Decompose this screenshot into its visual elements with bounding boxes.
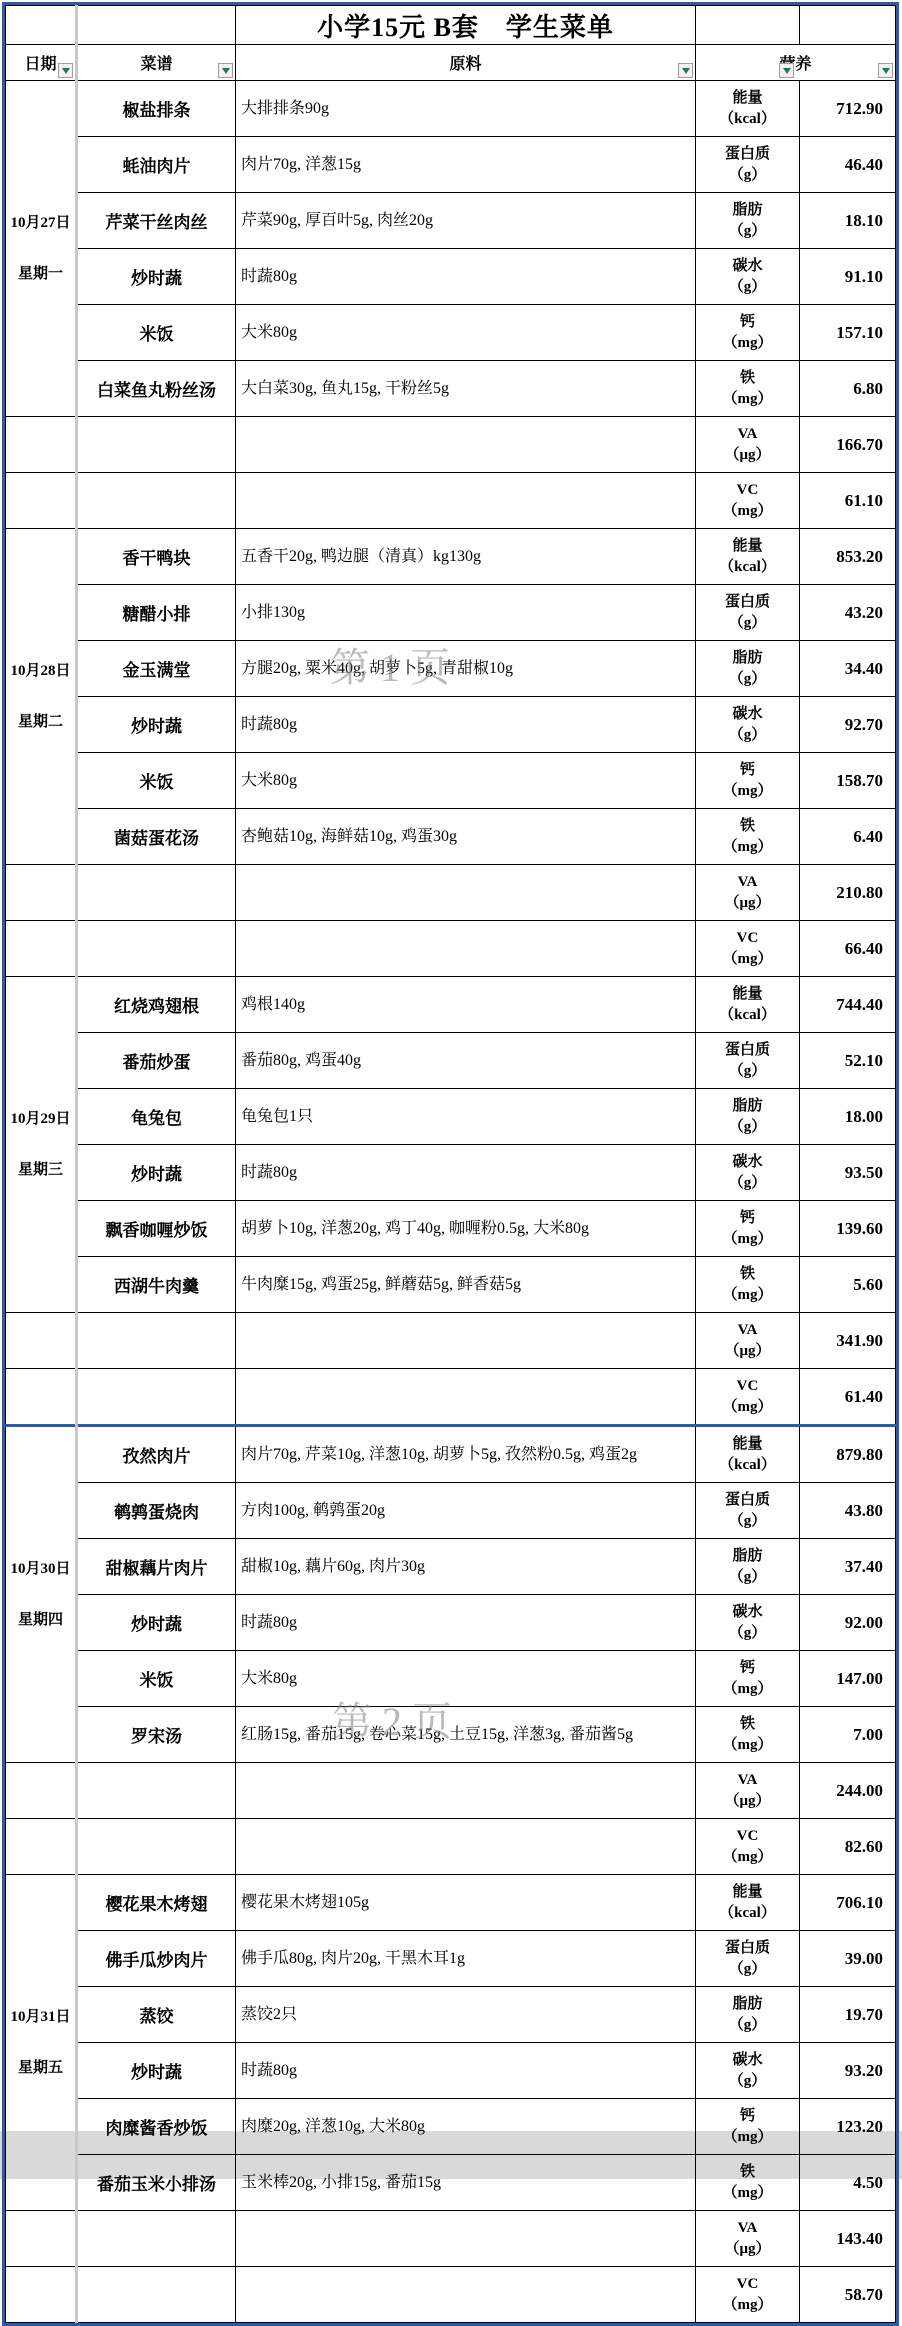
cell-nutrient-value[interactable]: 166.70 — [800, 417, 896, 473]
cell-nutrient-value[interactable]: 91.10 — [800, 249, 896, 305]
cell-nutrient-label[interactable]: 能量（kcal） — [696, 1426, 800, 1483]
cell-nutrient-label[interactable]: 能量（kcal） — [696, 81, 800, 137]
cell-menu[interactable]: 米饭 — [77, 1651, 236, 1707]
table-row: 米饭大米80g钙（mg）157.10 — [6, 305, 896, 361]
cell-nutrient-value[interactable]: 19.70 — [800, 1987, 896, 2043]
nutrient-name: 能量 — [696, 536, 799, 557]
cell-ingredients[interactable] — [236, 2267, 696, 2323]
cell-ingredients[interactable]: 杏鲍菇10g, 海鲜菇10g, 鸡蛋30g — [236, 809, 696, 865]
cell-menu[interactable]: 芹菜干丝肉丝 — [77, 193, 236, 249]
table-row: 炒时蔬时蔬80g碳水（g）93.20 — [6, 2043, 896, 2099]
nutrient-unit: （μg） — [696, 445, 799, 466]
cell-date-empty[interactable] — [6, 2211, 77, 2267]
cell-nutrient-value[interactable]: 43.80 — [800, 1483, 896, 1539]
nutrient-unit: （μg） — [696, 2239, 799, 2260]
cell-empty[interactable] — [77, 6, 236, 45]
nutrient-name: VC — [696, 928, 799, 949]
cell-nutrient-value[interactable]: 147.00 — [800, 1651, 896, 1707]
cell-menu[interactable]: 炒时蔬 — [77, 1595, 236, 1651]
cell-date[interactable]: 10月31日星期五 — [6, 1875, 77, 2211]
cell-nutrient-label[interactable]: 蛋白质（g） — [696, 1931, 800, 1987]
cell-nutrient-value[interactable]: 37.40 — [800, 1539, 896, 1595]
nutrient-unit: （g） — [696, 2071, 799, 2092]
nutrient-unit: （g） — [696, 1117, 799, 1138]
filter-arrow-icon — [682, 68, 690, 74]
nutrient-unit: （g） — [696, 1959, 799, 1980]
table-row: 米饭大米80g钙（mg）158.70 — [6, 753, 896, 809]
cell-nutrient-label[interactable]: 脂肪（g） — [696, 641, 800, 697]
nutrient-unit: （g） — [696, 1623, 799, 1644]
cell-nutrient-value[interactable]: 46.40 — [800, 137, 896, 193]
cell-ingredients[interactable] — [236, 1763, 696, 1819]
date-label: 10月27日 — [6, 198, 75, 249]
cell-date[interactable]: 10月28日星期二 — [6, 529, 77, 865]
cell-nutrient-value[interactable]: 143.40 — [800, 2211, 896, 2267]
cell-nutrient-value[interactable]: 43.20 — [800, 585, 896, 641]
table-row: VC（mg）61.40 — [6, 1369, 896, 1426]
nutrient-unit: （kcal） — [696, 109, 799, 130]
cell-nutrient-value[interactable]: 82.60 — [800, 1819, 896, 1875]
cell-empty[interactable] — [6, 6, 77, 45]
nutrient-name: 蛋白质 — [696, 1490, 799, 1511]
nutrient-unit: （g） — [696, 1173, 799, 1194]
cell-nutrient-value[interactable]: 58.70 — [800, 2267, 896, 2323]
cell-menu[interactable]: 炒时蔬 — [77, 1145, 236, 1201]
cell-nutrient-label[interactable]: 脂肪（g） — [696, 1987, 800, 2043]
cell-nutrient-value[interactable]: 61.10 — [800, 473, 896, 529]
cell-menu[interactable] — [77, 473, 236, 529]
cell-menu[interactable]: 香干鸭块 — [77, 529, 236, 585]
table-row: 白菜鱼丸粉丝汤大白菜30g, 鱼丸15g, 干粉丝5g铁（mg）6.80 — [6, 361, 896, 417]
cell-menu[interactable]: 甜椒藕片肉片 — [77, 1539, 236, 1595]
cell-menu[interactable] — [77, 2267, 236, 2323]
cell-ingredients[interactable]: 时蔬80g — [236, 249, 696, 305]
cell-menu[interactable]: 炒时蔬 — [77, 2043, 236, 2099]
cell-nutrient-value[interactable]: 123.20 — [800, 2099, 896, 2155]
nutrient-name: 蛋白质 — [696, 592, 799, 613]
cell-ingredients[interactable]: 芹菜90g, 厚百叶5g, 肉丝20g — [236, 193, 696, 249]
cell-nutrient-label[interactable]: 钙（mg） — [696, 1651, 800, 1707]
cell-menu[interactable]: 番茄炒蛋 — [77, 1033, 236, 1089]
table-row: VC（mg）58.70 — [6, 2267, 896, 2323]
cell-nutrient-label[interactable]: 能量（kcal） — [696, 1875, 800, 1931]
cell-menu[interactable]: 炒时蔬 — [77, 249, 236, 305]
cell-nutrient-label[interactable]: 钙（mg） — [696, 1201, 800, 1257]
nutrient-name: 脂肪 — [696, 1994, 799, 2015]
nutrient-unit: （mg） — [696, 1735, 799, 1756]
cell-menu[interactable]: 金玉满堂 — [77, 641, 236, 697]
cell-nutrient-label[interactable]: 能量（kcal） — [696, 977, 800, 1033]
weekday-label: 星期五 — [6, 2043, 75, 2094]
column-header-nutrition[interactable]: 营养 — [696, 45, 896, 81]
nutrient-name: 铁 — [696, 816, 799, 837]
table-row: 10月27日星期一椒盐排条大排排条90g能量（kcal）712.90 — [6, 81, 896, 137]
cell-nutrient-label[interactable]: VA（μg） — [696, 2211, 800, 2267]
table-row: 西湖牛肉羹牛肉糜15g, 鸡蛋25g, 鲜蘑菇5g, 鲜香菇5g铁（mg）5.6… — [6, 1257, 896, 1313]
cell-nutrient-label[interactable]: 铁（mg） — [696, 809, 800, 865]
cell-menu[interactable]: 罗宋汤 — [77, 1707, 236, 1763]
cell-ingredients[interactable] — [236, 2211, 696, 2267]
table-row: 糖醋小排小排130g蛋白质（g）43.20 — [6, 585, 896, 641]
cell-nutrient-label[interactable]: 蛋白质（g） — [696, 1033, 800, 1089]
cell-ingredients[interactable]: 大米80g — [236, 1651, 696, 1707]
cell-nutrient-label[interactable]: VC（mg） — [696, 1819, 800, 1875]
nutrient-unit: （g） — [696, 725, 799, 746]
cell-nutrient-value[interactable]: 853.20 — [800, 529, 896, 585]
nutrient-name: VA — [696, 2218, 799, 2239]
cell-ingredients[interactable]: 牛肉糜15g, 鸡蛋25g, 鲜蘑菇5g, 鲜香菇5g — [236, 1257, 696, 1313]
nutrient-unit: （mg） — [696, 2295, 799, 2316]
cell-ingredients[interactable]: 蒸饺2只 — [236, 1987, 696, 2043]
table-row: 蒸饺蒸饺2只脂肪（g）19.70 — [6, 1987, 896, 2043]
cell-date-empty[interactable] — [6, 417, 77, 473]
table-row: 炒时蔬时蔬80g碳水（g）92.00 — [6, 1595, 896, 1651]
cell-menu[interactable]: 西湖牛肉羹 — [77, 1257, 236, 1313]
filter-dropdown-ingredients[interactable] — [678, 63, 693, 78]
cell-nutrient-value[interactable]: 210.80 — [800, 865, 896, 921]
nutrient-name: 铁 — [696, 1264, 799, 1285]
cell-nutrient-value[interactable]: 66.40 — [800, 921, 896, 977]
date-label: 10月30日 — [6, 1544, 75, 1595]
table-row: 蚝油肉片肉片70g, 洋葱15g蛋白质（g）46.40 — [6, 137, 896, 193]
nutrient-name: VC — [696, 480, 799, 501]
cell-nutrient-label[interactable]: 碳水（g） — [696, 697, 800, 753]
nutrient-name: 能量 — [696, 1434, 799, 1455]
nutrient-unit: （μg） — [696, 893, 799, 914]
cell-ingredients[interactable]: 大米80g — [236, 305, 696, 361]
weekday-label: 星期四 — [6, 1595, 75, 1646]
table-row: 佛手瓜炒肉片佛手瓜80g, 肉片20g, 干黑木耳1g蛋白质（g）39.00 — [6, 1931, 896, 1987]
table-row: 芹菜干丝肉丝芹菜90g, 厚百叶5g, 肉丝20g脂肪（g）18.10 — [6, 193, 896, 249]
menu-table: 小学15元 B套 学生菜单 日期 菜谱 原料 营养 — [5, 5, 896, 2323]
cell-nutrient-value[interactable]: 92.00 — [800, 1595, 896, 1651]
cell-menu[interactable]: 龟兔包 — [77, 1089, 236, 1145]
cell-menu[interactable] — [77, 1819, 236, 1875]
filter-dropdown-nutrition-label-col[interactable] — [779, 63, 794, 78]
cell-nutrient-value[interactable]: 879.80 — [800, 1426, 896, 1483]
cell-menu[interactable]: 白菜鱼丸粉丝汤 — [77, 361, 236, 417]
cell-ingredients[interactable]: 时蔬80g — [236, 1145, 696, 1201]
cell-ingredients[interactable]: 鸡根140g — [236, 977, 696, 1033]
cell-ingredients[interactable]: 时蔬80g — [236, 2043, 696, 2099]
cell-nutrient-value[interactable]: 52.10 — [800, 1033, 896, 1089]
column-header-date-label: 日期 — [24, 56, 56, 73]
cell-nutrient-value[interactable]: 157.10 — [800, 305, 896, 361]
cell-nutrient-value[interactable]: 4.50 — [800, 2155, 896, 2211]
cell-nutrient-value[interactable]: 7.00 — [800, 1707, 896, 1763]
filter-arrow-icon — [783, 68, 791, 74]
cell-nutrient-label[interactable]: VC（mg） — [696, 1369, 800, 1426]
cell-ingredients[interactable]: 五香干20g, 鸭边腿（清真）kg130g — [236, 529, 696, 585]
cell-ingredients[interactable] — [236, 473, 696, 529]
cell-nutrient-label[interactable]: 能量（kcal） — [696, 529, 800, 585]
cell-nutrient-label[interactable]: VA（μg） — [696, 865, 800, 921]
cell-nutrient-label[interactable]: VC（mg） — [696, 2267, 800, 2323]
cell-menu[interactable]: 菌菇蛋花汤 — [77, 809, 236, 865]
table-row: 10月31日星期五樱花果木烤翅樱花果木烤翅105g能量（kcal）706.10 — [6, 1875, 896, 1931]
cell-date-empty[interactable] — [6, 865, 77, 921]
nutrient-name: 碳水 — [696, 256, 799, 277]
cell-ingredients[interactable]: 方腿20g, 粟米40g, 胡萝卜5g, 青甜椒10g — [236, 641, 696, 697]
cell-nutrient-value[interactable]: 92.70 — [800, 697, 896, 753]
nutrient-unit: （g） — [696, 1061, 799, 1082]
nutrient-name: VC — [696, 1826, 799, 1847]
cell-nutrient-label[interactable]: VA（μg） — [696, 417, 800, 473]
cell-menu[interactable]: 佛手瓜炒肉片 — [77, 1931, 236, 1987]
cell-empty[interactable] — [800, 6, 896, 45]
cell-ingredients[interactable]: 甜椒10g, 藕片60g, 肉片30g — [236, 1539, 696, 1595]
nutrient-name: VC — [696, 2274, 799, 2295]
cell-menu[interactable] — [77, 865, 236, 921]
column-header-row: 日期 菜谱 原料 营养 — [6, 45, 896, 81]
cell-nutrient-value[interactable]: 6.80 — [800, 361, 896, 417]
cell-ingredients[interactable]: 大排排条90g — [236, 81, 696, 137]
table-row: 番茄玉米小排汤玉米棒20g, 小排15g, 番茄15g铁（mg）4.50 — [6, 2155, 896, 2211]
cell-nutrient-label[interactable]: 钙（mg） — [696, 2099, 800, 2155]
cell-menu[interactable]: 米饭 — [77, 753, 236, 809]
table-row: VC（mg）61.10 — [6, 473, 896, 529]
cell-nutrient-value[interactable]: 93.20 — [800, 2043, 896, 2099]
cell-nutrient-value[interactable]: 158.70 — [800, 753, 896, 809]
column-header-ingredients-label: 原料 — [449, 56, 481, 73]
cell-menu[interactable]: 番茄玉米小排汤 — [77, 2155, 236, 2211]
cell-ingredients[interactable]: 肉片70g, 芹菜10g, 洋葱10g, 胡萝卜5g, 孜然粉0.5g, 鸡蛋2… — [236, 1426, 696, 1483]
nutrient-unit: （kcal） — [696, 1903, 799, 1924]
nutrient-unit: （kcal） — [696, 557, 799, 578]
cell-nutrient-value[interactable]: 712.90 — [800, 81, 896, 137]
nutrient-unit: （μg） — [696, 1341, 799, 1362]
cell-nutrient-value[interactable]: 6.40 — [800, 809, 896, 865]
cell-nutrient-label[interactable]: 铁（mg） — [696, 361, 800, 417]
cell-ingredients[interactable]: 时蔬80g — [236, 1595, 696, 1651]
cell-ingredients[interactable]: 樱花果木烤翅105g — [236, 1875, 696, 1931]
table-row: VC（mg）82.60 — [6, 1819, 896, 1875]
cell-nutrient-value[interactable]: 61.40 — [800, 1369, 896, 1426]
cell-ingredients[interactable]: 小排130g — [236, 585, 696, 641]
table-row: 10月28日星期二香干鸭块五香干20g, 鸭边腿（清真）kg130g能量（kca… — [6, 529, 896, 585]
cell-menu[interactable]: 红烧鸡翅根 — [77, 977, 236, 1033]
filter-dropdown-date[interactable] — [58, 63, 73, 78]
column-header-ingredients[interactable]: 原料 — [236, 45, 696, 81]
table-row: 飘香咖喱炒饭胡萝卜10g, 洋葱20g, 鸡丁40g, 咖喱粉0.5g, 大米8… — [6, 1201, 896, 1257]
cell-date-empty[interactable] — [6, 921, 77, 977]
cell-ingredients[interactable] — [236, 1819, 696, 1875]
nutrient-name: 碳水 — [696, 2050, 799, 2071]
cell-nutrient-value[interactable]: 744.40 — [800, 977, 896, 1033]
cell-menu[interactable]: 鹌鹑蛋烧肉 — [77, 1483, 236, 1539]
table-row: 10月30日星期四孜然肉片肉片70g, 芹菜10g, 洋葱10g, 胡萝卜5g,… — [6, 1426, 896, 1483]
table-row: 炒时蔬时蔬80g碳水（g）92.70 — [6, 697, 896, 753]
cell-nutrient-label[interactable]: VC（mg） — [696, 473, 800, 529]
cell-ingredients[interactable]: 玉米棒20g, 小排15g, 番茄15g — [236, 2155, 696, 2211]
cell-nutrient-label[interactable]: 碳水（g） — [696, 249, 800, 305]
nutrient-name: 碳水 — [696, 1602, 799, 1623]
nutrient-name: VC — [696, 1376, 799, 1397]
cell-nutrient-label[interactable]: 蛋白质（g） — [696, 137, 800, 193]
column-header-menu[interactable]: 菜谱 — [77, 45, 236, 81]
column-header-menu-label: 菜谱 — [140, 56, 172, 73]
cell-ingredients[interactable]: 大米80g — [236, 753, 696, 809]
table-row: 米饭大米80g钙（mg）147.00 — [6, 1651, 896, 1707]
cell-menu[interactable]: 米饭 — [77, 305, 236, 361]
cell-nutrient-value[interactable]: 341.90 — [800, 1313, 896, 1369]
cell-nutrient-value[interactable]: 39.00 — [800, 1931, 896, 1987]
nutrient-unit: （mg） — [696, 389, 799, 410]
cell-nutrient-label[interactable]: 碳水（g） — [696, 2043, 800, 2099]
cell-nutrient-value[interactable]: 706.10 — [800, 1875, 896, 1931]
table-row: VA（μg）210.80 — [6, 865, 896, 921]
page-title[interactable]: 小学15元 B套 学生菜单 — [236, 6, 696, 45]
weekday-label: 星期一 — [6, 249, 75, 300]
cell-ingredients[interactable]: 肉糜20g, 洋葱10g, 大米80g — [236, 2099, 696, 2155]
nutrient-name: 钙 — [696, 760, 799, 781]
cell-nutrient-value[interactable]: 34.40 — [800, 641, 896, 697]
cell-menu[interactable] — [77, 1313, 236, 1369]
table-row: 菌菇蛋花汤杏鲍菇10g, 海鲜菇10g, 鸡蛋30g铁（mg）6.40 — [6, 809, 896, 865]
cell-ingredients[interactable]: 红肠15g, 番茄15g, 卷心菜15g, 土豆15g, 洋葱3g, 番茄酱5g — [236, 1707, 696, 1763]
cell-menu[interactable]: 蒸饺 — [77, 1987, 236, 2043]
cell-ingredients[interactable]: 时蔬80g — [236, 697, 696, 753]
nutrient-name: 脂肪 — [696, 1096, 799, 1117]
nutrient-unit: （mg） — [696, 2127, 799, 2148]
cell-date-empty[interactable] — [6, 1313, 77, 1369]
cell-date-empty[interactable] — [6, 1763, 77, 1819]
cell-nutrient-value[interactable]: 5.60 — [800, 1257, 896, 1313]
cell-date-empty[interactable] — [6, 1369, 77, 1426]
nutrient-name: 蛋白质 — [696, 1938, 799, 1959]
nutrient-unit: （kcal） — [696, 1455, 799, 1476]
cell-nutrient-label[interactable]: 碳水（g） — [696, 1595, 800, 1651]
nutrient-unit: （g） — [696, 165, 799, 186]
nutrient-name: 脂肪 — [696, 200, 799, 221]
table-row: 肉糜酱香炒饭肉糜20g, 洋葱10g, 大米80g钙（mg）123.20 — [6, 2099, 896, 2155]
cell-date-empty[interactable] — [6, 1819, 77, 1875]
cell-nutrient-label[interactable]: 铁（mg） — [696, 1707, 800, 1763]
cell-menu[interactable]: 椒盐排条 — [77, 81, 236, 137]
cell-menu[interactable]: 蚝油肉片 — [77, 137, 236, 193]
cell-nutrient-label[interactable]: 蛋白质（g） — [696, 585, 800, 641]
table-row: VA（μg）341.90 — [6, 1313, 896, 1369]
cell-date-empty[interactable] — [6, 2267, 77, 2323]
nutrient-name: 脂肪 — [696, 648, 799, 669]
table-row: 炒时蔬时蔬80g碳水（g）93.50 — [6, 1145, 896, 1201]
table-row: VC（mg）66.40 — [6, 921, 896, 977]
nutrient-unit: （mg） — [696, 837, 799, 858]
cell-nutrient-value[interactable]: 18.10 — [800, 193, 896, 249]
cell-date[interactable]: 10月30日星期四 — [6, 1426, 77, 1763]
cell-menu[interactable]: 樱花果木烤翅 — [77, 1875, 236, 1931]
cell-menu[interactable]: 糖醋小排 — [77, 585, 236, 641]
nutrient-unit: （g） — [696, 221, 799, 242]
cell-nutrient-label[interactable]: 脂肪（g） — [696, 1539, 800, 1595]
cell-ingredients[interactable] — [236, 417, 696, 473]
cell-ingredients[interactable]: 佛手瓜80g, 肉片20g, 干黑木耳1g — [236, 1931, 696, 1987]
nutrient-unit: （kcal） — [696, 1005, 799, 1026]
column-header-date[interactable]: 日期 — [6, 45, 77, 81]
nutrient-name: 蛋白质 — [696, 144, 799, 165]
cell-ingredients[interactable]: 大白菜30g, 鱼丸15g, 干粉丝5g — [236, 361, 696, 417]
cell-nutrient-value[interactable]: 18.00 — [800, 1089, 896, 1145]
table-row: 鹌鹑蛋烧肉方肉100g, 鹌鹑蛋20g蛋白质（g）43.80 — [6, 1483, 896, 1539]
nutrient-unit: （mg） — [696, 1285, 799, 1306]
cell-ingredients[interactable]: 番茄80g, 鸡蛋40g — [236, 1033, 696, 1089]
cell-nutrient-label[interactable]: 钙（mg） — [696, 305, 800, 361]
cell-ingredients[interactable]: 肉片70g, 洋葱15g — [236, 137, 696, 193]
nutrient-unit: （mg） — [696, 1847, 799, 1868]
cell-ingredients[interactable]: 方肉100g, 鹌鹑蛋20g — [236, 1483, 696, 1539]
cell-nutrient-label[interactable]: VC（mg） — [696, 921, 800, 977]
cell-ingredients[interactable] — [236, 1313, 696, 1369]
table-row: 番茄炒蛋番茄80g, 鸡蛋40g蛋白质（g）52.10 — [6, 1033, 896, 1089]
weekday-label: 星期三 — [6, 1145, 75, 1196]
cell-date[interactable]: 10月27日星期一 — [6, 81, 77, 417]
cell-nutrient-label[interactable]: 铁（mg） — [696, 2155, 800, 2211]
cell-date-empty[interactable] — [6, 473, 77, 529]
nutrient-unit: （mg） — [696, 1679, 799, 1700]
cell-nutrient-label[interactable]: 蛋白质（g） — [696, 1483, 800, 1539]
cell-nutrient-label[interactable]: 脂肪（g） — [696, 193, 800, 249]
cell-ingredients[interactable]: 龟兔包1只 — [236, 1089, 696, 1145]
cell-nutrient-value[interactable]: 139.60 — [800, 1201, 896, 1257]
cell-menu[interactable]: 飘香咖喱炒饭 — [77, 1201, 236, 1257]
menu-table-body: 10月27日星期一椒盐排条大排排条90g能量（kcal）712.90蚝油肉片肉片… — [6, 81, 896, 2323]
cell-empty[interactable] — [696, 6, 800, 45]
table-row: 炒时蔬时蔬80g碳水（g）91.10 — [6, 249, 896, 305]
nutrient-unit: （μg） — [696, 1791, 799, 1812]
filter-dropdown-menu[interactable] — [218, 63, 233, 78]
table-row: VA（μg）166.70 — [6, 417, 896, 473]
cell-nutrient-value[interactable]: 244.00 — [800, 1763, 896, 1819]
nutrient-unit: （g） — [696, 613, 799, 634]
cell-menu[interactable] — [77, 2211, 236, 2267]
nutrient-name: 能量 — [696, 984, 799, 1005]
cell-nutrient-value[interactable]: 93.50 — [800, 1145, 896, 1201]
cell-menu[interactable]: 炒时蔬 — [77, 697, 236, 753]
cell-date[interactable]: 10月29日星期三 — [6, 977, 77, 1313]
nutrient-unit: （g） — [696, 669, 799, 690]
cell-menu[interactable] — [77, 1763, 236, 1819]
filter-dropdown-nutrition-value-col[interactable] — [878, 63, 893, 78]
cell-nutrient-label[interactable]: 脂肪（g） — [696, 1089, 800, 1145]
cell-menu[interactable] — [77, 1369, 236, 1426]
nutrient-name: 钙 — [696, 1658, 799, 1679]
table-row: VA（μg）143.40 — [6, 2211, 896, 2267]
nutrient-name: 能量 — [696, 1882, 799, 1903]
cell-nutrient-label[interactable]: 铁（mg） — [696, 1257, 800, 1313]
cell-menu[interactable]: 肉糜酱香炒饭 — [77, 2099, 236, 2155]
cell-nutrient-label[interactable]: 钙（mg） — [696, 753, 800, 809]
cell-ingredients[interactable]: 胡萝卜10g, 洋葱20g, 鸡丁40g, 咖喱粉0.5g, 大米80g — [236, 1201, 696, 1257]
nutrient-unit: （g） — [696, 2015, 799, 2036]
cell-ingredients[interactable] — [236, 865, 696, 921]
date-label: 10月28日 — [6, 646, 75, 697]
nutrient-unit: （g） — [696, 1567, 799, 1588]
nutrient-unit: （mg） — [696, 1397, 799, 1418]
nutrient-name: 能量 — [696, 88, 799, 109]
cell-menu[interactable]: 孜然肉片 — [77, 1426, 236, 1483]
cell-menu[interactable] — [77, 921, 236, 977]
nutrient-unit: （g） — [696, 277, 799, 298]
cell-nutrient-label[interactable]: VA（μg） — [696, 1763, 800, 1819]
weekday-label: 星期二 — [6, 697, 75, 748]
cell-nutrient-label[interactable]: 碳水（g） — [696, 1145, 800, 1201]
cell-menu[interactable] — [77, 417, 236, 473]
cell-ingredients[interactable] — [236, 921, 696, 977]
cell-ingredients[interactable] — [236, 1369, 696, 1426]
nutrient-name: 钙 — [696, 1208, 799, 1229]
cell-nutrient-label[interactable]: VA（μg） — [696, 1313, 800, 1369]
nutrient-name: VA — [696, 1770, 799, 1791]
